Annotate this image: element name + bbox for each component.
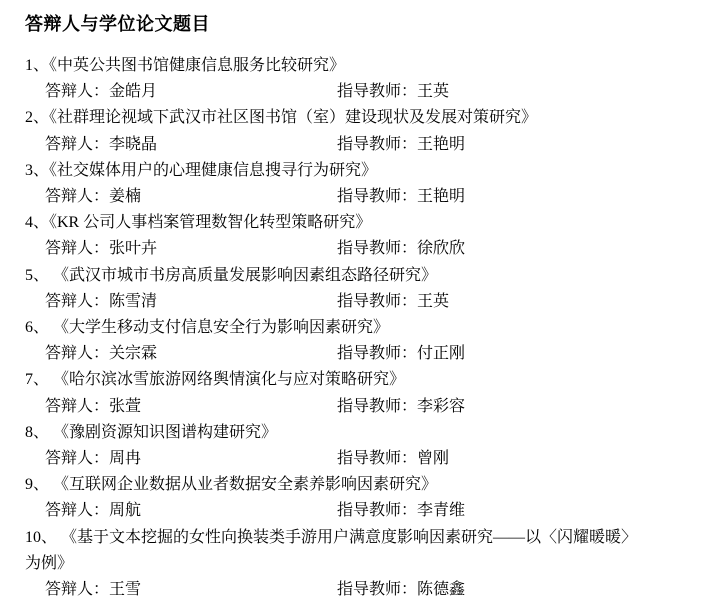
advisor-cell: 指导教师：陈德鑫 <box>337 577 701 603</box>
defender-name: 姜楠 <box>109 188 141 205</box>
defender-label: 答辩人： <box>45 188 109 205</box>
entry-title: 7、 《哈尔滨冰雪旅游网络舆情演化与应对策略研究》 <box>25 367 701 393</box>
document: 答辩人与学位论文题目 1、《中英公共图书馆健康信息服务比较研究》 答辩人：金皓月… <box>0 0 707 615</box>
defender-cell: 答辩人：张叶卉 <box>25 236 337 262</box>
defender-cell: 答辩人：李晓晶 <box>25 132 337 158</box>
thesis-entry-list: 1、《中英公共图书馆健康信息服务比较研究》 答辩人：金皓月 指导教师：王英 2、… <box>25 53 701 603</box>
entry-title: 6、 《大学生移动支付信息安全行为影响因素研究》 <box>25 315 701 341</box>
defender-label: 答辩人： <box>45 293 109 310</box>
entry-people-row: 答辩人：金皓月 指导教师：王英 <box>25 79 701 105</box>
advisor-name: 王英 <box>417 293 449 310</box>
advisor-name: 王艳明 <box>417 136 465 153</box>
defender-name: 陈雪清 <box>109 293 157 310</box>
defender-cell: 答辩人：张萱 <box>25 394 337 420</box>
defender-name: 李晓晶 <box>109 136 157 153</box>
entry-people-row: 答辩人：周冉 指导教师：曾刚 <box>25 446 701 472</box>
entry-title: 4、《KR 公司人事档案管理数智化转型策略研究》 <box>25 210 701 236</box>
advisor-name: 王英 <box>417 83 449 100</box>
advisor-cell: 指导教师：付正刚 <box>337 341 701 367</box>
advisor-label: 指导教师： <box>337 398 417 415</box>
thesis-entry-2: 2、《社群理论视域下武汉市社区图书馆（室）建设现状及发展对策研究》 答辩人：李晓… <box>25 105 701 157</box>
defender-name: 王雪 <box>109 581 141 598</box>
entry-title-continued: 为例》 <box>25 551 701 577</box>
entry-people-row: 答辩人：姜楠 指导教师：王艳明 <box>25 184 701 210</box>
defender-cell: 答辩人：金皓月 <box>25 79 337 105</box>
advisor-cell: 指导教师：徐欣欣 <box>337 236 701 262</box>
entry-people-row: 答辩人：张萱 指导教师：李彩容 <box>25 394 701 420</box>
advisor-label: 指导教师： <box>337 293 417 310</box>
entry-title: 8、 《豫剧资源知识图谱构建研究》 <box>25 420 701 446</box>
thesis-entry-8: 8、 《豫剧资源知识图谱构建研究》 答辩人：周冉 指导教师：曾刚 <box>25 420 701 472</box>
thesis-entry-9: 9、 《互联网企业数据从业者数据安全素养影响因素研究》 答辩人：周航 指导教师：… <box>25 472 701 524</box>
advisor-cell: 指导教师：曾刚 <box>337 446 701 472</box>
advisor-label: 指导教师： <box>337 581 417 598</box>
advisor-cell: 指导教师：王艳明 <box>337 184 701 210</box>
entry-title: 3、《社交媒体用户的心理健康信息搜寻行为研究》 <box>25 158 701 184</box>
defender-name: 关宗霖 <box>109 345 157 362</box>
advisor-label: 指导教师： <box>337 136 417 153</box>
advisor-label: 指导教师： <box>337 450 417 467</box>
thesis-entry-10: 10、 《基于文本挖掘的女性向换装类手游用户满意度影响因素研究——以〈闪耀暖暖〉… <box>25 525 701 604</box>
entry-title: 5、 《武汉市城市书房高质量发展影响因素组态路径研究》 <box>25 263 701 289</box>
thesis-entry-3: 3、《社交媒体用户的心理健康信息搜寻行为研究》 答辩人：姜楠 指导教师：王艳明 <box>25 158 701 210</box>
defender-name: 周冉 <box>109 450 141 467</box>
defender-name: 金皓月 <box>109 83 157 100</box>
entry-people-row: 答辩人：陈雪清 指导教师：王英 <box>25 289 701 315</box>
defender-cell: 答辩人：周冉 <box>25 446 337 472</box>
advisor-name: 徐欣欣 <box>417 240 465 257</box>
page-title: 答辩人与学位论文题目 <box>25 13 701 36</box>
defender-label: 答辩人： <box>45 502 109 519</box>
entry-title: 10、 《基于文本挖掘的女性向换装类手游用户满意度影响因素研究——以〈闪耀暖暖〉 <box>25 525 701 551</box>
defender-label: 答辩人： <box>45 581 109 598</box>
entry-people-row: 答辩人：周航 指导教师：李青维 <box>25 498 701 524</box>
entry-title: 2、《社群理论视域下武汉市社区图书馆（室）建设现状及发展对策研究》 <box>25 105 701 131</box>
advisor-name: 陈德鑫 <box>417 581 465 598</box>
thesis-entry-7: 7、 《哈尔滨冰雪旅游网络舆情演化与应对策略研究》 答辩人：张萱 指导教师：李彩… <box>25 367 701 419</box>
defender-cell: 答辩人：陈雪清 <box>25 289 337 315</box>
advisor-cell: 指导教师：王艳明 <box>337 132 701 158</box>
defender-cell: 答辩人：周航 <box>25 498 337 524</box>
defender-label: 答辩人： <box>45 136 109 153</box>
advisor-name: 付正刚 <box>417 345 465 362</box>
defender-label: 答辩人： <box>45 450 109 467</box>
entry-people-row: 答辩人：王雪 指导教师：陈德鑫 <box>25 577 701 603</box>
thesis-entry-1: 1、《中英公共图书馆健康信息服务比较研究》 答辩人：金皓月 指导教师：王英 <box>25 53 701 105</box>
advisor-cell: 指导教师：王英 <box>337 79 701 105</box>
defender-name: 张萱 <box>109 398 141 415</box>
defender-label: 答辩人： <box>45 398 109 415</box>
advisor-label: 指导教师： <box>337 188 417 205</box>
thesis-entry-5: 5、 《武汉市城市书房高质量发展影响因素组态路径研究》 答辩人：陈雪清 指导教师… <box>25 263 701 315</box>
entry-title: 1、《中英公共图书馆健康信息服务比较研究》 <box>25 53 701 79</box>
advisor-label: 指导教师： <box>337 240 417 257</box>
advisor-name: 曾刚 <box>417 450 449 467</box>
advisor-name: 李青维 <box>417 502 465 519</box>
thesis-entry-6: 6、 《大学生移动支付信息安全行为影响因素研究》 答辩人：关宗霖 指导教师：付正… <box>25 315 701 367</box>
defender-name: 周航 <box>109 502 141 519</box>
defender-label: 答辩人： <box>45 83 109 100</box>
thesis-entry-4: 4、《KR 公司人事档案管理数智化转型策略研究》 答辩人：张叶卉 指导教师：徐欣… <box>25 210 701 262</box>
advisor-label: 指导教师： <box>337 345 417 362</box>
defender-cell: 答辩人：王雪 <box>25 577 337 603</box>
defender-name: 张叶卉 <box>109 240 157 257</box>
defender-label: 答辩人： <box>45 345 109 362</box>
advisor-label: 指导教师： <box>337 83 417 100</box>
advisor-label: 指导教师： <box>337 502 417 519</box>
advisor-cell: 指导教师：李彩容 <box>337 394 701 420</box>
entry-people-row: 答辩人：张叶卉 指导教师：徐欣欣 <box>25 236 701 262</box>
entry-people-row: 答辩人：关宗霖 指导教师：付正刚 <box>25 341 701 367</box>
defender-cell: 答辩人：关宗霖 <box>25 341 337 367</box>
advisor-cell: 指导教师：李青维 <box>337 498 701 524</box>
advisor-name: 王艳明 <box>417 188 465 205</box>
advisor-cell: 指导教师：王英 <box>337 289 701 315</box>
advisor-name: 李彩容 <box>417 398 465 415</box>
entry-title: 9、 《互联网企业数据从业者数据安全素养影响因素研究》 <box>25 472 701 498</box>
defender-cell: 答辩人：姜楠 <box>25 184 337 210</box>
defender-label: 答辩人： <box>45 240 109 257</box>
entry-people-row: 答辩人：李晓晶 指导教师：王艳明 <box>25 132 701 158</box>
